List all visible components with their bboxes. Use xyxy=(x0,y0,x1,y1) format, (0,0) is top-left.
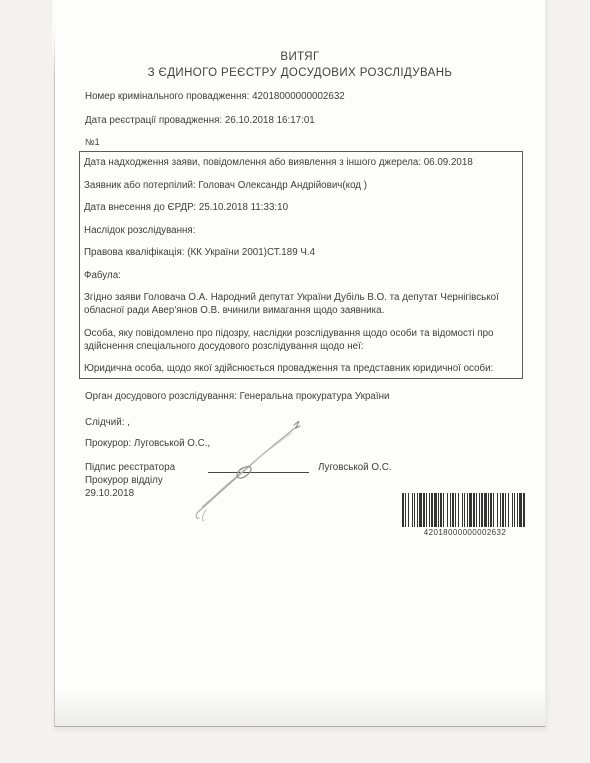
signer-role: Прокурор відділу xyxy=(85,475,163,487)
barcode-bars xyxy=(402,493,528,527)
registrar-signature-name: Луговськой О.С. xyxy=(318,462,392,474)
scanned-page: ВИТЯГ З ЄДИНОГО РЕЄСТРУ ДОСУДОВИХ РОЗСЛІ… xyxy=(0,0,590,763)
authority-line: Орган досудового розслідування: Генераль… xyxy=(85,391,389,403)
page-subtitle: З ЄДИНОГО РЕЄСТРУ ДОСУДОВИХ РОЗСЛІДУВАНЬ xyxy=(54,67,546,79)
detail-line-received-date: Дата надходження заяви, повідомлення або… xyxy=(84,156,512,169)
detail-line-applicant: Заявник або потерпілий: Головач Олександ… xyxy=(84,179,512,192)
registrar-signature-label: Підпис реєстратора xyxy=(85,462,175,474)
detail-line-investigation-result: Наслідок розслідування: xyxy=(84,224,512,237)
detail-line-fabula-label: Фабула: xyxy=(84,269,512,282)
detail-line-suspect-info: Особа, яку повідомлено про підозру, насл… xyxy=(84,327,512,353)
detail-line-erdr-date: Дата внесення до ЄРДР: 25.10.2018 11:33:… xyxy=(84,201,512,214)
barcode-value: 42018000000002632 xyxy=(402,528,528,537)
record-number: №1 xyxy=(85,136,100,148)
case-number-line: Номер кримінального провадження: 4201800… xyxy=(85,91,345,103)
paper-bottom-shadow xyxy=(55,688,545,726)
detail-line-legal-qualification: Правова кваліфікація: (КК України 2001)С… xyxy=(84,246,512,259)
investigator-line: Слідчий: , xyxy=(85,417,130,429)
handwritten-signature xyxy=(178,413,310,525)
registration-date-line: Дата реєстрації провадження: 26.10.2018 … xyxy=(85,115,315,127)
detail-line-fabula-text: Згідно заяви Головача О.А. Народний депу… xyxy=(84,291,512,317)
barcode: 42018000000002632 xyxy=(402,493,528,537)
signature-date: 29.10.2018 xyxy=(85,488,134,500)
page-title: ВИТЯГ xyxy=(54,51,546,63)
detail-line-legal-entity: Юридична особа, щодо якої здійснюється п… xyxy=(84,362,512,375)
details-box: Дата надходження заяви, повідомлення або… xyxy=(79,151,523,379)
